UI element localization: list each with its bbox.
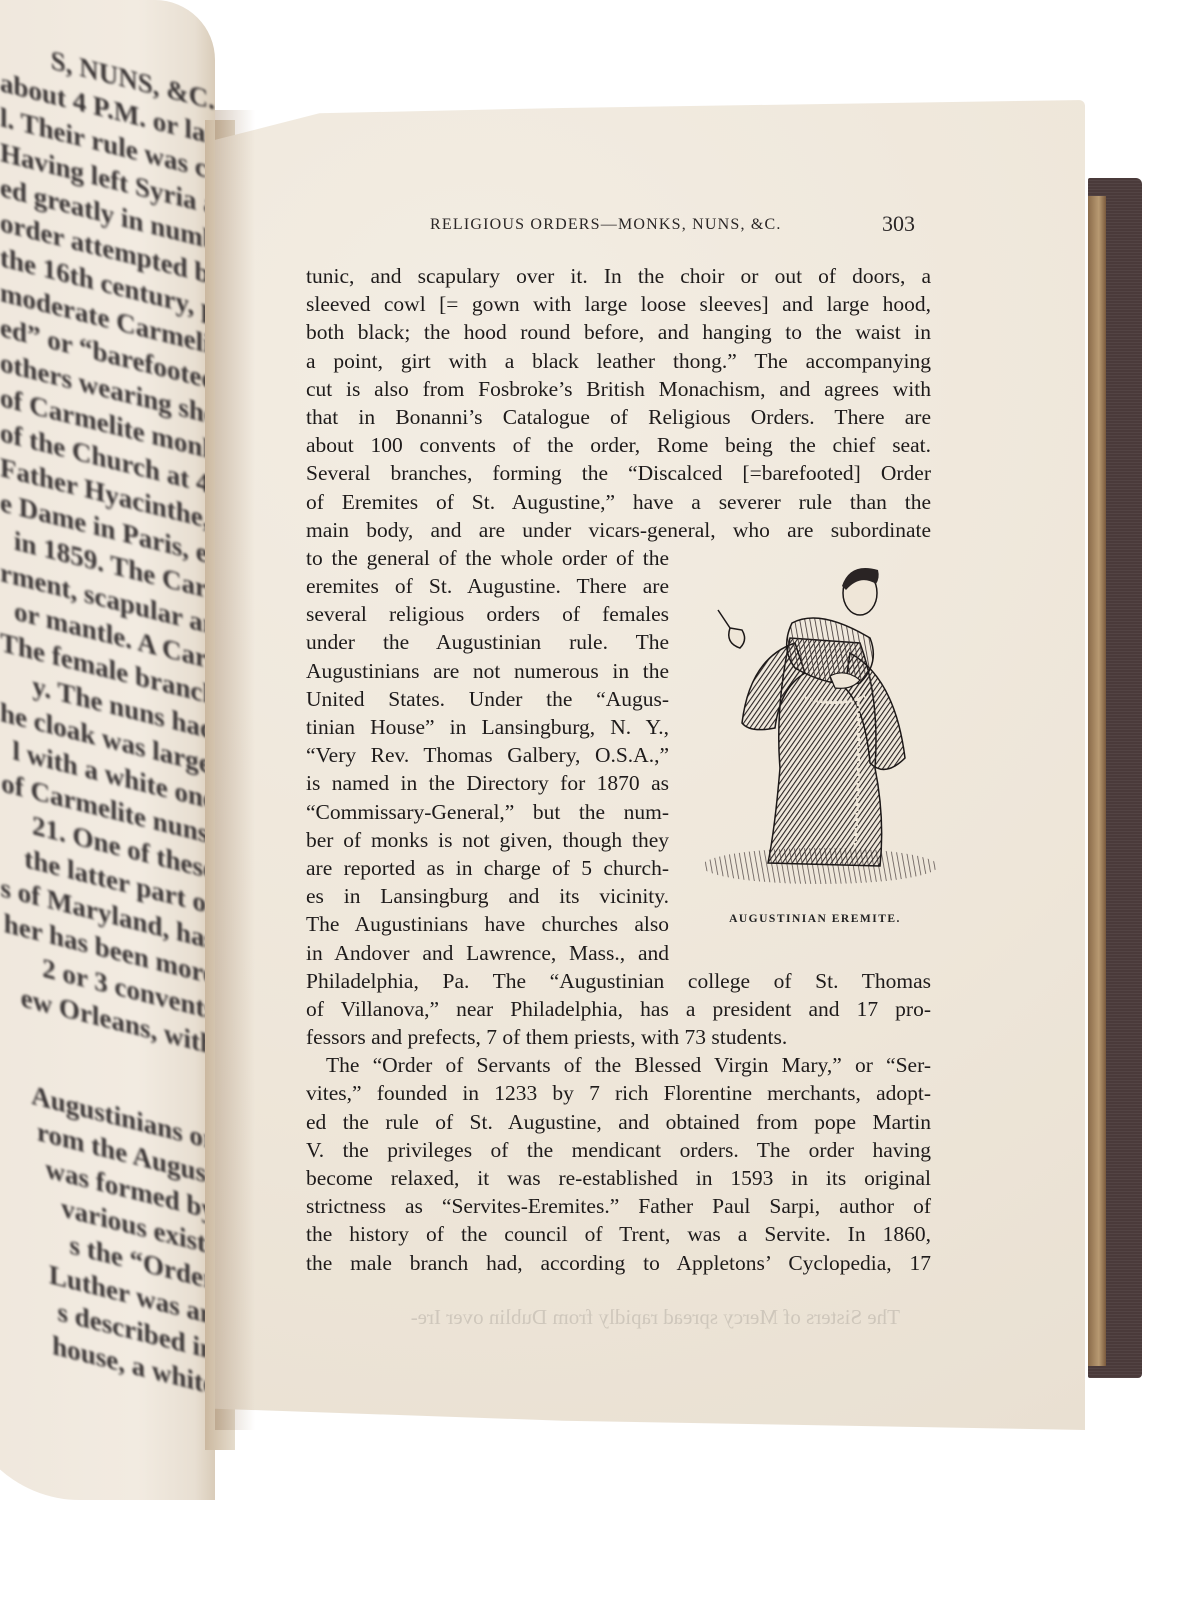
text-line: cut is also from Fosbroke’s British Mona… xyxy=(306,375,931,403)
monk-figure-icon xyxy=(680,548,940,893)
page-gutter xyxy=(215,110,255,1430)
text-line: V. the privileges of the mendicant order… xyxy=(306,1136,931,1164)
page-block-edge xyxy=(1088,196,1106,1366)
text-line: The “Order of Servants of the Blessed Vi… xyxy=(306,1051,931,1079)
show-through-text: The Sisters of Mercy spread rapidly from… xyxy=(300,1305,900,1330)
text-line: “Commissary-General,” but the num- xyxy=(306,798,669,826)
text-line: is named in the Directory for 1870 as xyxy=(306,769,669,797)
text-line: under the Augustinian rule. The xyxy=(306,628,669,656)
text-line: several religious orders of females xyxy=(306,600,669,628)
text-line: strictness as “Servites-Eremites.” Fathe… xyxy=(306,1192,931,1220)
text-line: ber of monks is not given, though they xyxy=(306,826,669,854)
running-head: RELIGIOUS ORDERS—MONKS, NUNS, &C. xyxy=(430,216,930,234)
text-line: es in Lansingburg and its vicinity. xyxy=(306,882,669,910)
text-line: Several branches, forming the “Discalced… xyxy=(306,459,931,487)
text-line: tinian House” in Lansingburg, N. Y., xyxy=(306,713,669,741)
text-line: eremites of St. Augustine. There are xyxy=(306,572,669,600)
text-line: The Augustinians have churches also xyxy=(306,910,669,938)
text-line: become relaxed, it was re-established in… xyxy=(306,1164,931,1192)
left-page-text: S, NUNS, &C. about 4 P.M. or later] till… xyxy=(0,30,215,1404)
text-line: a point, girt with a black leather thong… xyxy=(306,347,931,375)
text-line: United States. Under the “Augus- xyxy=(306,685,669,713)
left-page: S, NUNS, &C. about 4 P.M. or later] till… xyxy=(0,0,215,1500)
text-line: main body, and are under vicars-general,… xyxy=(306,516,931,544)
text-line: “Very Rev. Thomas Galbery, O.S.A.,” xyxy=(306,741,669,769)
figure-caption: AUGUSTINIAN EREMITE. xyxy=(705,913,925,925)
text-line: the male branch had, according to Applet… xyxy=(306,1249,931,1277)
page-number: 303 xyxy=(882,211,915,237)
text-line: the history of the council of Trent, was… xyxy=(306,1220,931,1248)
text-line: to the general of the whole order of the xyxy=(306,544,669,572)
text-line: ed the rule of St. Augustine, and obtain… xyxy=(306,1108,931,1136)
text-line: Philadelphia, Pa. The “Augustinian colle… xyxy=(306,967,931,995)
text-line: fessors and prefects, 7 of them priests,… xyxy=(306,1023,931,1051)
text-line: tunic, and scapulary over it. In the cho… xyxy=(306,262,931,290)
text-line: both black; the hood round before, and h… xyxy=(306,318,931,346)
text-line: vites,” founded in 1233 by 7 rich Floren… xyxy=(306,1079,931,1107)
text-line: that in Bonanni’s Catalogue of Religious… xyxy=(306,403,931,431)
augustinian-eremite-engraving xyxy=(680,548,940,893)
text-line: are reported as in charge of 5 church- xyxy=(306,854,669,882)
text-line: about 100 convents of the order, Rome be… xyxy=(306,431,931,459)
text-line: of Villanova,” near Philadelphia, has a … xyxy=(306,995,931,1023)
text-line: sleeved cowl [= gown with large loose sl… xyxy=(306,290,931,318)
text-line: of Eremites of St. Augustine,” have a se… xyxy=(306,488,931,516)
text-line: Augustinians are not numerous in the xyxy=(306,657,669,685)
text-line: in Andover and Lawrence, Mass., and xyxy=(306,939,669,967)
